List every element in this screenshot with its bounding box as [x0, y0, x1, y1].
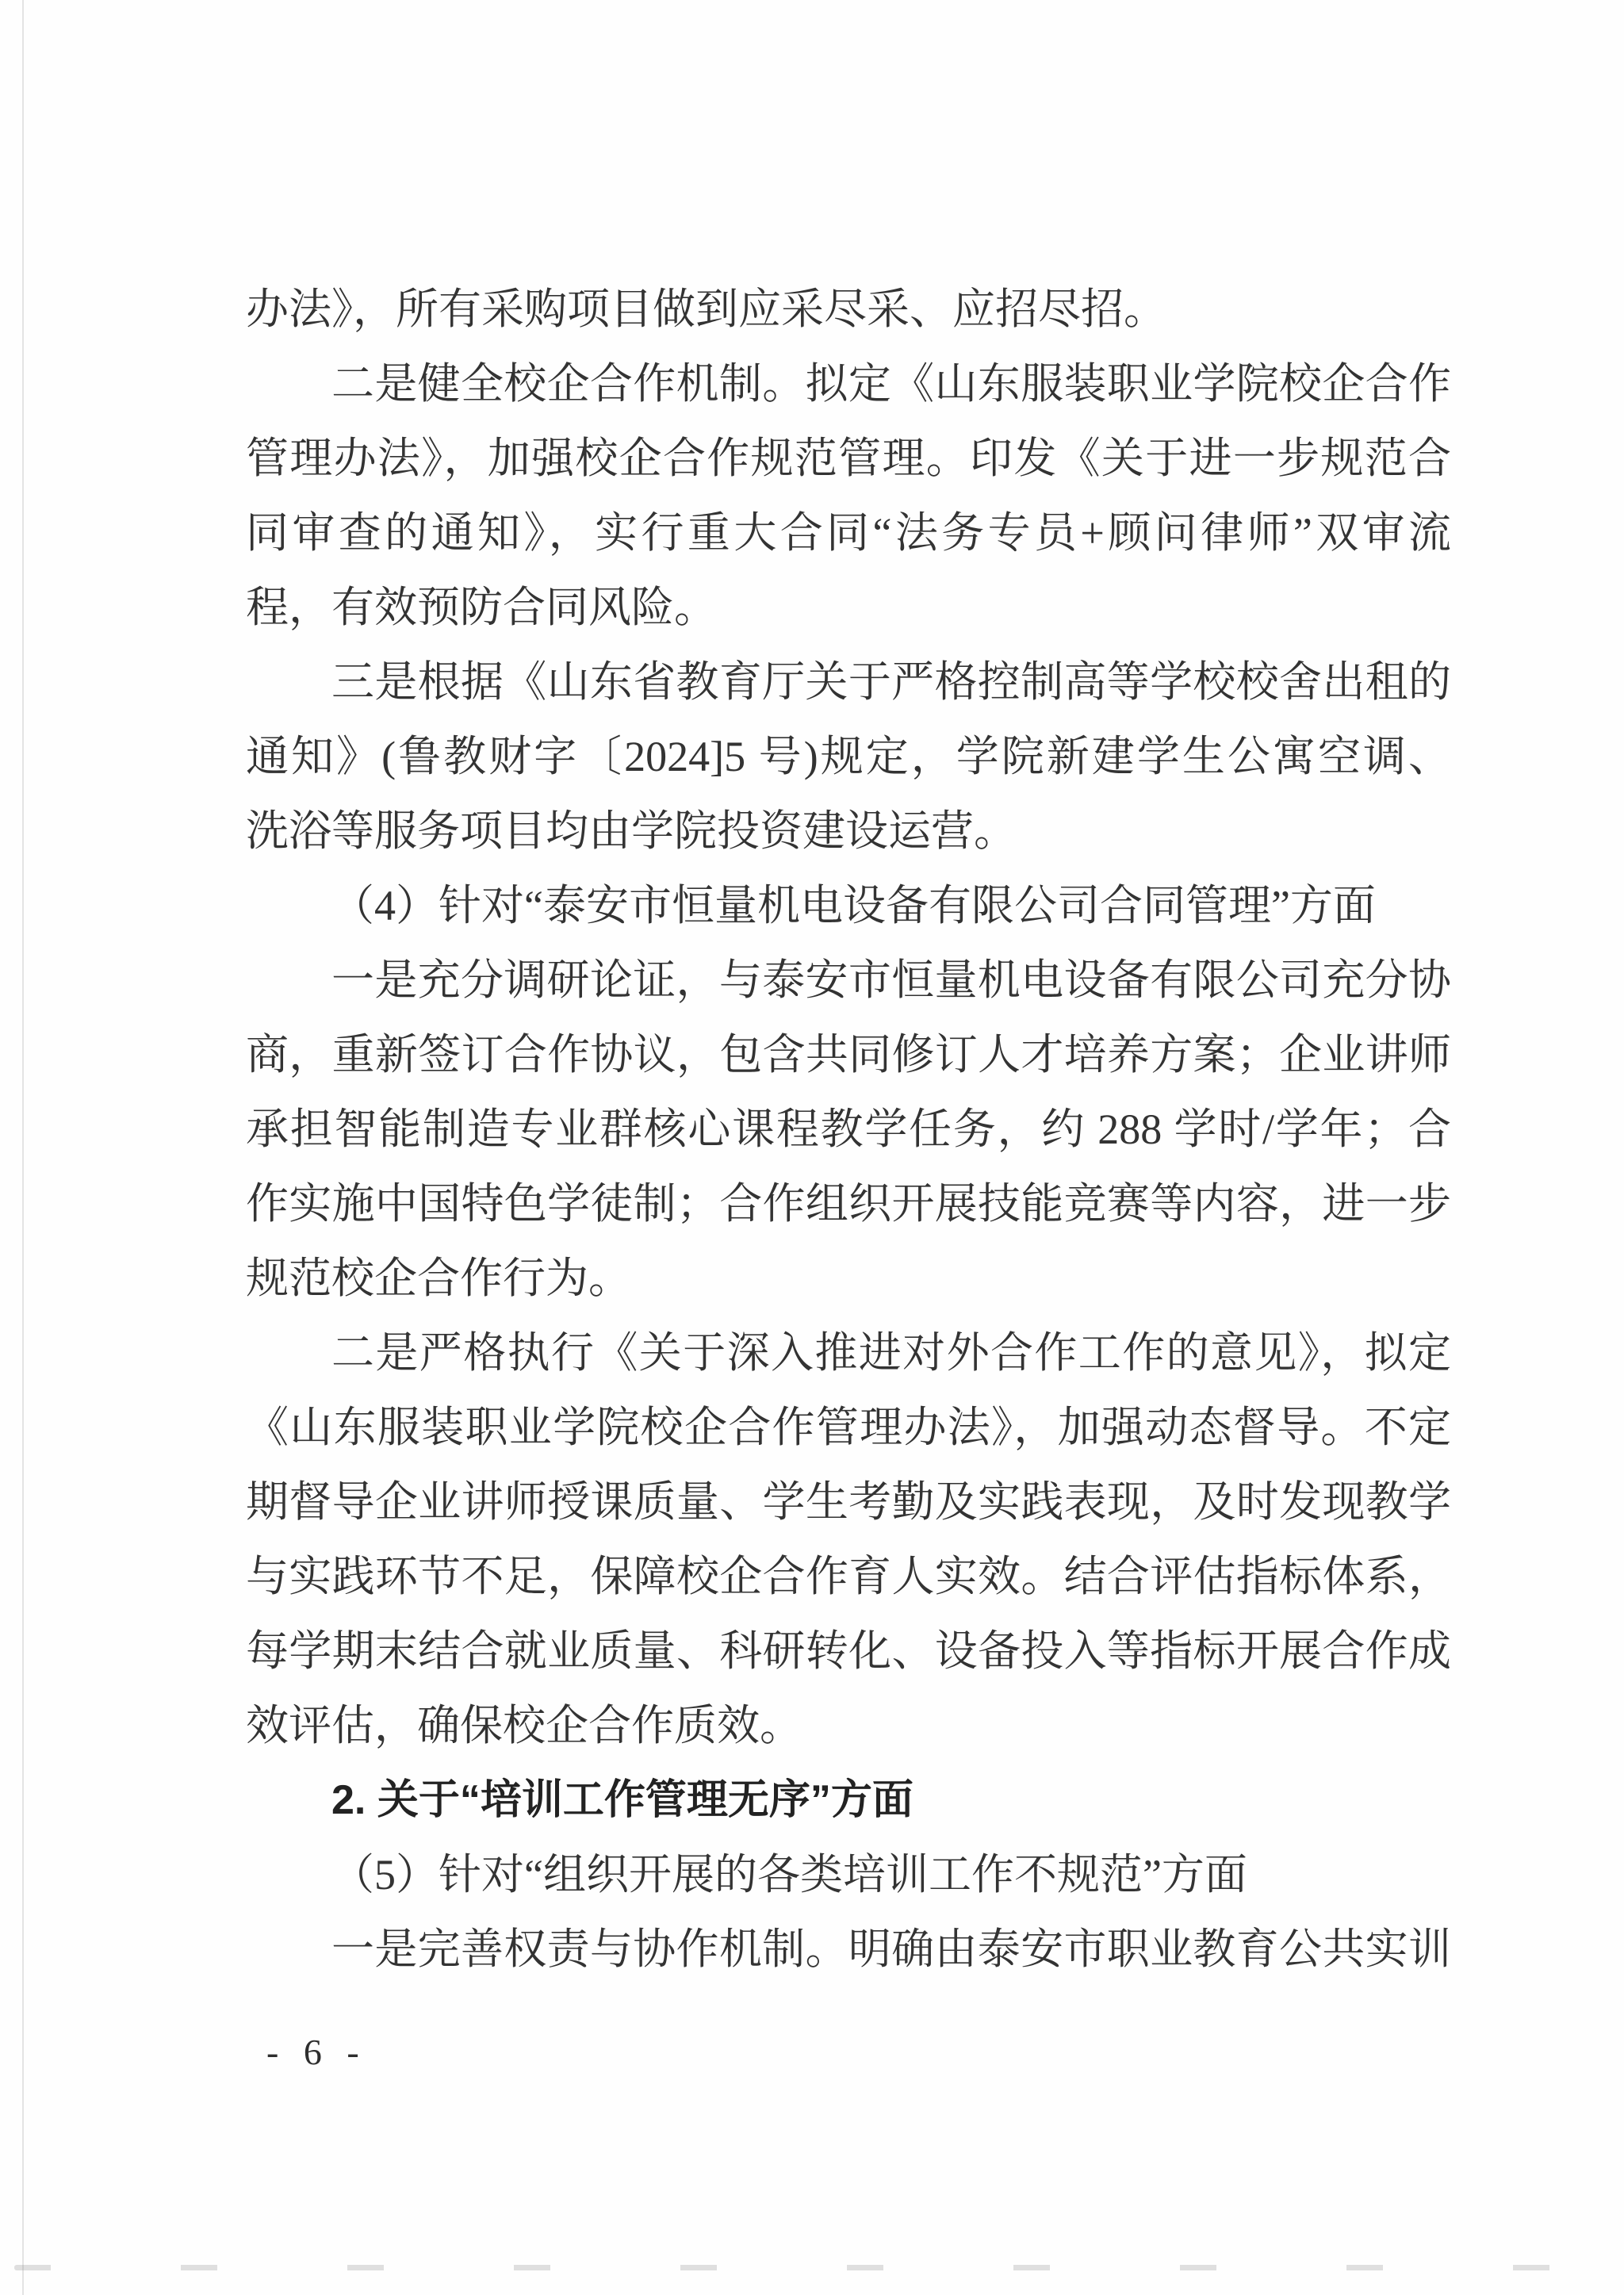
text-line: 洗浴等服务项目均由学院投资建设运营。 [246, 794, 1451, 868]
list-item-4-heading: （4）针对“泰安市恒量机电设备有限公司合同管理”方面 [246, 868, 1451, 943]
text-line: 规范校企合作行为。 [246, 1241, 1451, 1316]
text-line: 与实践环节不足，保障校企合作育人实效。结合评估指标体系， [246, 1539, 1451, 1614]
text-line: 《山东服装职业学院校企合作管理办法》，加强动态督导。不定 [246, 1390, 1451, 1465]
text-line: 效评估，确保校企合作质效。 [246, 1688, 1451, 1763]
text-line: 管理办法》，加强校企合作规范管理。印发《关于进一步规范合 [246, 421, 1451, 496]
text-line: 商，重新签订合作协议，包含共同修订人才培养方案；企业讲师 [246, 1017, 1451, 1092]
text-line: 三是根据《山东省教育厅关于严格控制高等学校校舍出租的 [246, 645, 1451, 719]
text-line: 程，有效预防合同风险。 [246, 570, 1451, 645]
scan-speckle-artifact [14, 2265, 1608, 2270]
page-number: - 6 - [266, 2030, 367, 2075]
text-line: 二是健全校企合作机制。拟定《山东服装职业学院校企合作 [246, 347, 1451, 421]
text-line: 通知》(鲁教财字〔2024]5 号)规定，学院新建学生公寓空调、 [246, 719, 1451, 794]
document-page: 办法》，所有采购项目做到应采尽采、应招尽招。 二是健全校企合作机制。拟定《山东服… [0, 0, 1624, 2295]
text-line: 作实施中国特色学徒制；合作组织开展技能竞赛等内容，进一步 [246, 1167, 1451, 1241]
text-line: 一是充分调研论证，与泰安市恒量机电设备有限公司充分协 [246, 943, 1451, 1017]
list-item-5-heading: （5）针对“组织开展的各类培训工作不规范”方面 [246, 1837, 1451, 1912]
scan-fold-artifact [22, 0, 24, 2295]
text-line: 每学期末结合就业质量、科研转化、设备投入等指标开展合作成 [246, 1614, 1451, 1688]
section-heading: 2. 关于“培训工作管理无序”方面 [246, 1763, 1451, 1837]
text-line: 同审查的通知》，实行重大合同“法务专员+顾问律师”双审流 [246, 496, 1451, 570]
text-line: 办法》，所有采购项目做到应采尽采、应招尽招。 [246, 272, 1451, 347]
text-line: 一是完善权责与协作机制。明确由泰安市职业教育公共实训 [246, 1912, 1451, 1987]
text-line: 承担智能制造专业群核心课程教学任务，约 288 学时/学年；合 [246, 1092, 1451, 1167]
document-body: 办法》，所有采购项目做到应采尽采、应招尽招。 二是健全校企合作机制。拟定《山东服… [246, 272, 1451, 1987]
text-line: 期督导企业讲师授课质量、学生考勤及实践表现，及时发现教学 [246, 1465, 1451, 1539]
text-line: 二是严格执行《关于深入推进对外合作工作的意见》，拟定 [246, 1316, 1451, 1390]
